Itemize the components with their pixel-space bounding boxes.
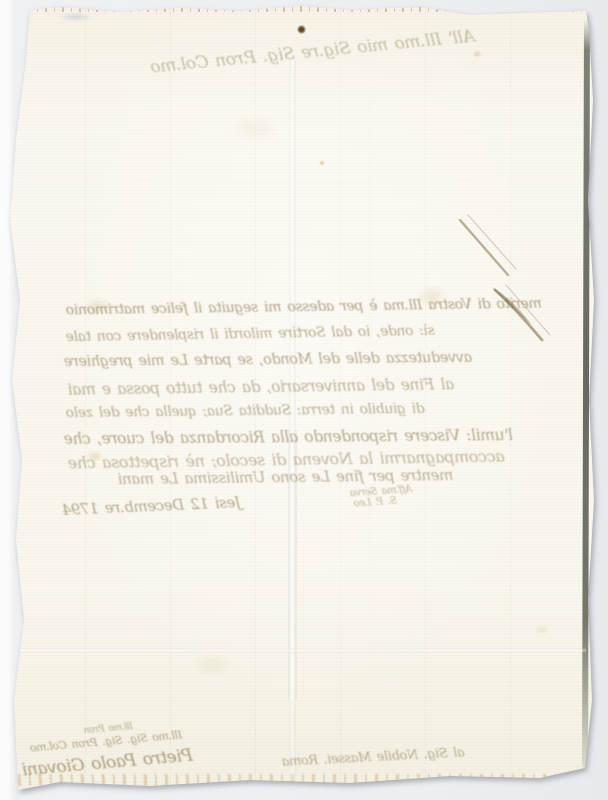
bleed-body-line: al Fine del anniversario, da che tutto p… [68, 375, 454, 398]
paper-sheet: All' Ill.mo mio Sig.re Sig. P.ron Col.mo… [0, 0, 608, 800]
faint-stain-1 [190, 652, 234, 678]
bleed-dateline: Jesi 12 Decemb.re 1794 [62, 493, 242, 519]
bleed-address-line: al Sig. Nobile Massei. Roma [282, 745, 465, 770]
ink-dot-spot [297, 25, 306, 34]
deckle-edge-bottom [18, 774, 586, 786]
horizontal-faint-crease [24, 180, 580, 184]
rust-speck-2 [472, 50, 482, 58]
paper-right-edge-shadow [582, 20, 590, 768]
pencil-slash-marks [440, 195, 570, 355]
paper-shadow-wrap: All' Ill.mo mio Sig.re Sig. P.ron Col.mo… [0, 0, 608, 800]
bleed-body-line: avvedutezza delle del Mondo, se parte Le… [64, 350, 472, 370]
bleed-header-line: All' Ill.mo mio Sig.re Sig. P.ron Col.mo [150, 26, 476, 77]
faint-stain-3 [228, 112, 282, 144]
letter-verso-scan: All' Ill.mo mio Sig.re Sig. P.ron Col.mo… [0, 0, 608, 800]
bleed-body-line: sì: onde, io dal Sortire milordi il risp… [66, 323, 435, 345]
horizontal-fold-crease [20, 648, 586, 653]
chain-line-crease [368, 80, 372, 720]
blue-smudge-stain [58, 12, 92, 22]
deckle-edge-top [28, 6, 586, 12]
rust-speck-1 [319, 160, 325, 166]
bleed-signature-line: S. P. Leo [354, 496, 398, 510]
faint-stain-2 [534, 624, 550, 635]
bleed-body-line: l'umil: Viscere rispondendo alla Ricorda… [64, 426, 513, 448]
